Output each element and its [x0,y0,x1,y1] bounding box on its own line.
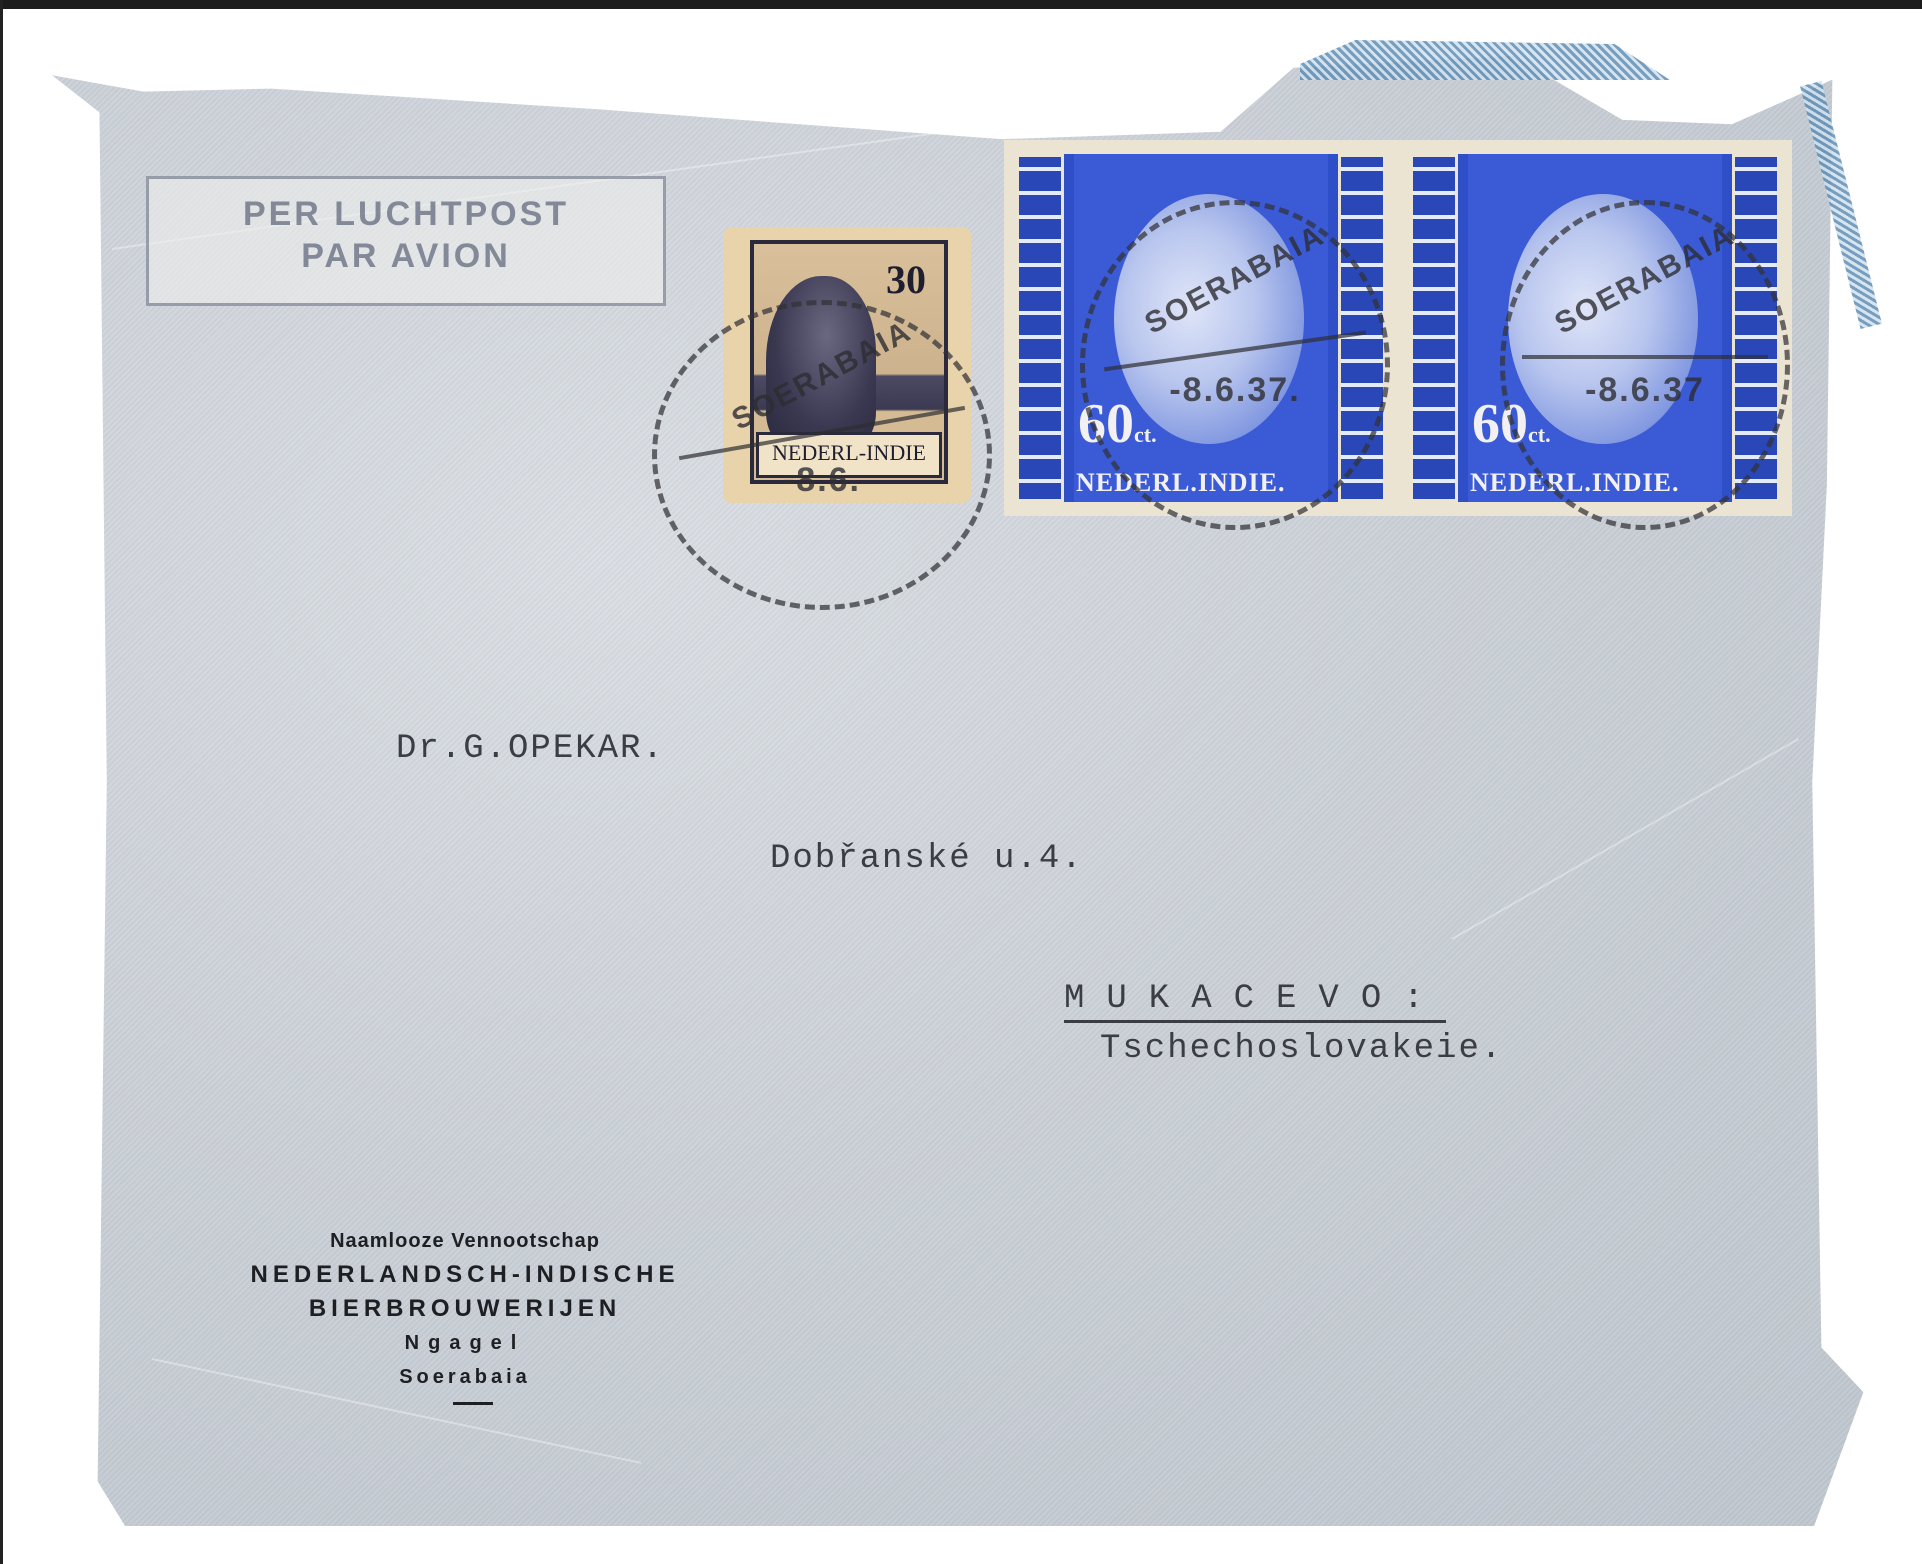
airmail-label: PER LUCHTPOST PAR AVION [146,176,666,306]
sender-line5: Soerabaia [170,1360,760,1394]
postmark: SOERABAIA -8.6. [652,300,992,610]
postmark: SOERABAIA -8.6.37. [1080,200,1390,530]
scan-left-border [0,0,3,1564]
sender-line4: Ngagel [170,1326,760,1360]
address-country: Tschechoslovakeie. [1100,1030,1503,1068]
address-name: Dr.G.OPEKAR. [396,730,665,768]
ornament-icon [1016,154,1064,502]
sender-line1: Naamlooze Vennootschap [170,1224,760,1258]
sender-line2: NEDERLANDSCH-INDISCHE [170,1258,760,1292]
postmark: SOERABAIA -8.6.37 [1500,200,1790,530]
divider [453,1402,493,1405]
address-street: Dobřanské u.4. [770,840,1084,878]
airmail-label-line1: PER LUCHTPOST [149,193,663,235]
sender-imprint: Naamlooze Vennootschap NEDERLANDSCH-INDI… [170,1224,760,1405]
ornament-icon [1410,154,1458,502]
stamp-value: 30 [886,256,926,303]
airmail-label-line2: PAR AVION [149,235,663,277]
scan-top-border [0,0,1922,9]
paper-crease [1452,738,1799,940]
sender-line3: BIERBROUWERIJEN [170,1292,760,1326]
address-city: MUKACEVO: [1064,980,1446,1023]
torn-lining [1300,40,1670,80]
